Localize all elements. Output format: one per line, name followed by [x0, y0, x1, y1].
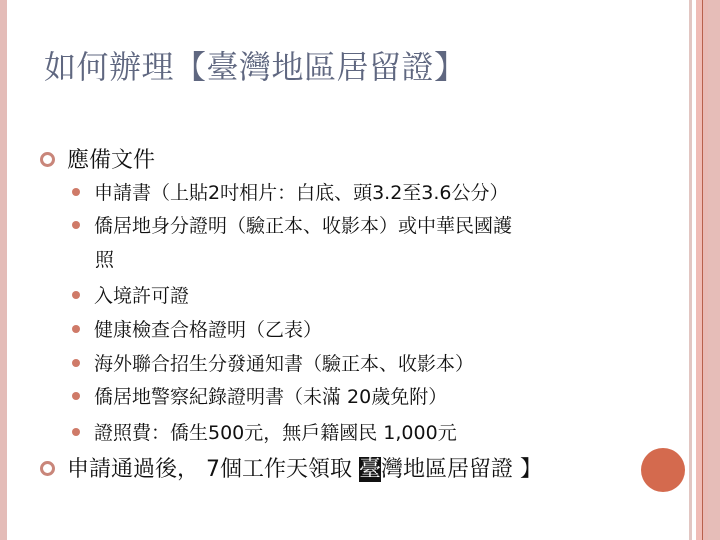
list-item: 僑居地警察紀錄證明書（未滿 20歲免附） [72, 382, 447, 409]
right-border-stripe [708, 0, 720, 540]
dot-bullet-icon [72, 428, 80, 436]
list-item: 證照費：僑生500元，無戶籍國民 1,000元 [72, 418, 457, 445]
pickup-text: 申請通過後， 7個工作天領取 [67, 457, 359, 482]
dot-bullet-icon [72, 359, 80, 367]
list-item-text: 僑居地身分證明（驗正本、收影本）或中華民國護 [94, 215, 512, 237]
list-item-continuation: 照 [95, 245, 114, 272]
list-item-text: 僑居地警察紀錄證明書（未滿 20歲免附） [94, 386, 447, 408]
list-item: 健康檢查合格證明（乙表） [72, 315, 322, 342]
right-border-red-line [702, 0, 703, 540]
pickup-text-rest: 灣地區居留證 】 [381, 457, 542, 482]
list-item: 申請書（上貼2吋相片：白底、頭3.2至3.6公分） [72, 178, 509, 205]
dot-bullet-icon [72, 291, 80, 299]
section-heading-documents: 應備文件 [40, 143, 155, 174]
accent-circle-decoration [641, 448, 685, 492]
right-border-line [689, 0, 692, 540]
section-heading-pickup: 申請通過後， 7個工作天領取 【臺灣地區居留證 】 [40, 452, 542, 483]
list-item-text: 海外聯合招生分發通知書（驗正本、收影本） [94, 353, 474, 375]
ring-bullet-icon [40, 152, 55, 167]
section-label: 應備文件 [67, 148, 155, 173]
highlighted-char: 臺 [359, 457, 381, 482]
dot-bullet-icon [72, 221, 80, 229]
list-item-text: 申請書（上貼2吋相片：白底、頭3.2至3.6公分） [94, 182, 509, 204]
list-item: 入境許可證 [72, 281, 189, 308]
list-item-text: 證照費：僑生500元，無戶籍國民 1,000元 [94, 422, 457, 444]
dot-bullet-icon [72, 188, 80, 196]
list-item-text: 健康檢查合格證明（乙表） [94, 319, 322, 341]
right-border-band [696, 0, 720, 540]
dot-bullet-icon [72, 392, 80, 400]
left-border-decoration [0, 0, 7, 540]
list-item: 僑居地身分證明（驗正本、收影本）或中華民國護 [72, 211, 512, 238]
ring-bullet-icon [40, 461, 55, 476]
slide-title: 如何辦理【臺灣地區居留證】 [44, 42, 467, 88]
dot-bullet-icon [72, 325, 80, 333]
list-item-text: 入境許可證 [94, 285, 189, 307]
list-item: 海外聯合招生分發通知書（驗正本、收影本） [72, 349, 474, 376]
